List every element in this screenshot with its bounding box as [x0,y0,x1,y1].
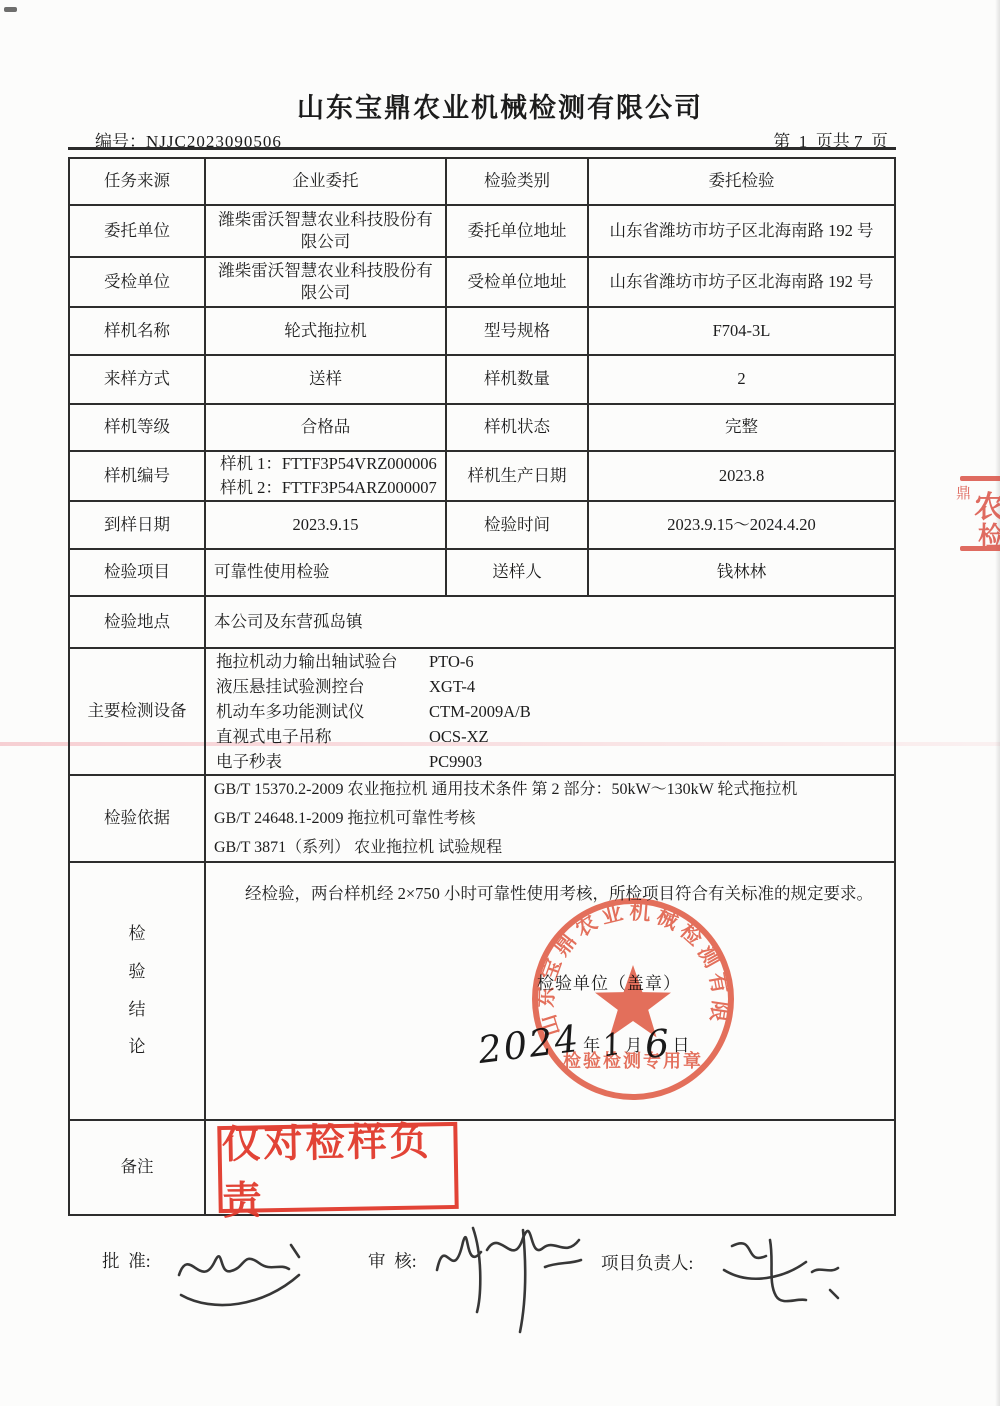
table-row: 样机编号 样机 1：FTTF3P54VRZ000006 样机 2：FTTF3P5… [70,450,894,500]
cell-label: 检验依据 [70,776,204,861]
table-row-location: 检验地点 本公司及东营孤岛镇 [70,595,894,647]
cell-label: 受检单位 [70,258,204,306]
sample-serial-2: 样机 2：FTTF3P54ARZ000007 [220,476,437,500]
equipment-list: 拖拉机动力输出轴试验台PTO-6 液压悬挂试验测控台XGT-4 机动车多功能测试… [204,649,894,774]
sample-serials: 样机 1：FTTF3P54VRZ000006 样机 2：FTTF3P54ARZ0… [204,452,445,500]
cell-label: 检验时间 [445,502,587,548]
equipment-item: 机动车多功能测试仪CTM-2009A/B [216,699,531,724]
table-row-remarks: 备注 [70,1119,894,1214]
company-seal: 山东宝鼎农业机械检测有限公司 检验检测专用章 [518,884,748,1114]
cell-value: 潍柴雷沃智慧农业科技股份有限公司 [204,206,445,256]
table-row: 委托单位 潍柴雷沃智慧农业科技股份有限公司 委托单位地址 山东省潍坊市坊子区北海… [70,204,894,256]
cell-label: 样机数量 [445,356,587,403]
table-row-conclusion: 检 验 结 论 经检验，两台样机经 2×750 小时可靠性使用考核，所检项目符合… [70,861,894,1119]
cell-label: 主要检测设备 [70,649,204,774]
standard-item: GB/T 24648.1-2009 拖拉机可靠性考核 [214,804,476,833]
approve-label: 批 准: [102,1248,151,1273]
review-label: 审 核: [368,1248,417,1273]
cell-value: 本公司及东营孤岛镇 [204,597,894,647]
cell-label: 型号规格 [445,308,587,354]
table-row-equipment: 主要检测设备 拖拉机动力输出轴试验台PTO-6 液压悬挂试验测控台XGT-4 机… [70,647,894,774]
cell-label: 检验项目 [70,550,204,595]
cell-label: 到样日期 [70,502,204,548]
cell-value: 轮式拖拉机 [204,308,445,354]
cell-label: 受检单位地址 [445,258,587,306]
table-row: 样机等级 合格品 样机状态 完整 [70,403,894,450]
cell-label: 样机状态 [445,405,587,450]
lead-signature [712,1228,847,1313]
cell-label: 样机等级 [70,405,204,450]
cell-value: 山东省潍坊市坊子区北海南路 192 号 [587,206,894,256]
cell-label: 送样人 [445,550,587,595]
table-row: 受检单位 潍柴雷沃智慧农业科技股份有限公司 受检单位地址 山东省潍坊市坊子区北海… [70,256,894,306]
scan-edge-shade [995,0,1000,1406]
lead-label: 项目负责人: [601,1250,693,1275]
cell-value: F704-3L [587,308,894,354]
standard-item: GB/T 3871（系列） 农业拖拉机 试验规程 [214,833,502,862]
cell-value: 钱林林 [587,550,894,595]
sample-serial-1: 样机 1：FTTF3P54VRZ000006 [220,452,437,476]
equipment-item: 直视式电子吊称OCS-XZ [216,724,489,749]
remarks-stamp: 仅对检样负责 [217,1122,458,1213]
table-row: 到样日期 2023.9.15 检验时间 2023.9.15～2024.4.20 [70,500,894,548]
table-row: 来样方式 送样 样机数量 2 [70,354,894,403]
scan-speck [4,7,17,12]
cell-label: 委托单位 [70,206,204,256]
table-row: 检验项目 可靠性使用检验 送样人 钱林林 [70,548,894,595]
cell-label: 备注 [70,1121,204,1214]
cell-label: 任务来源 [70,159,204,204]
header-divider [68,147,896,150]
equipment-item: 电子秒表PC9903 [216,749,482,774]
approve-signature [165,1235,315,1325]
equipment-item: 液压悬挂试验测控台XGT-4 [216,674,475,699]
cell-value: 2023.8 [587,452,894,500]
cell-label: 样机生产日期 [445,452,587,500]
table-row: 任务来源 企业委托 检验类别 委托检验 [70,159,894,204]
page-title: 山东宝鼎农业机械检测有限公司 [0,86,1000,125]
standard-item: GB/T 15370.2-2009 农业拖拉机 通用技术条件 第 2 部分：50… [214,775,797,804]
review-signature [425,1212,590,1337]
cell-label: 样机名称 [70,308,204,354]
conclusion-label: 检 验 结 论 [70,863,204,1119]
cell-value: 2023.9.15～2024.4.20 [587,502,894,548]
cell-value: 送样 [204,356,445,403]
cell-value: 企业委托 [204,159,445,204]
equipment-item: 拖拉机动力输出轴试验台PTO-6 [216,649,474,674]
table-row: 样机名称 轮式拖拉机 型号规格 F704-3L [70,306,894,354]
table-row-basis: 检验依据 GB/T 15370.2-2009 农业拖拉机 通用技术条件 第 2 … [70,774,894,861]
cell-value: 委托检验 [587,159,894,204]
cell-label: 委托单位地址 [445,206,587,256]
cell-value: 2023.9.15 [204,502,445,548]
standards-list: GB/T 15370.2-2009 农业拖拉机 通用技术条件 第 2 部分：50… [204,776,894,861]
cell-label: 样机编号 [70,452,204,500]
seal-subtitle-text: 检验检测专用章 [563,1050,703,1071]
cell-value: 完整 [587,405,894,450]
cell-value: 潍柴雷沃智慧农业科技股份有限公司 [204,258,445,306]
cell-value: 山东省潍坊市坊子区北海南路 192 号 [587,258,894,306]
seal-star-icon [595,965,671,1037]
cell-value: 合格品 [204,405,445,450]
cell-value: 可靠性使用检验 [204,550,445,595]
cell-label: 来样方式 [70,356,204,403]
cell-label: 检验类别 [445,159,587,204]
edge-paging-seal: 鼎 农 检 [954,470,1000,558]
cell-value: 2 [587,356,894,403]
cell-label: 检验地点 [70,597,204,647]
report-page: 山东宝鼎农业机械检测有限公司 编号：NJJC2023090506 第 1 页共 … [0,0,1000,1406]
